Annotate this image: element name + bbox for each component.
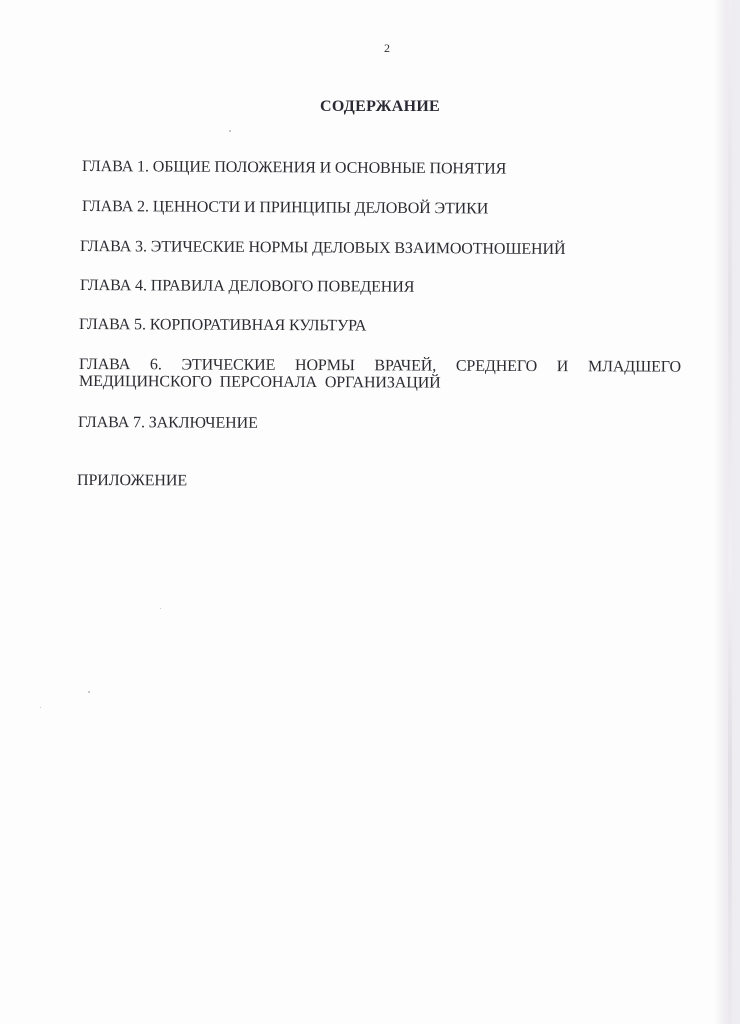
scan-speck	[40, 707, 41, 708]
toc-title: СОДЕРЖАНИЕ	[320, 98, 440, 116]
scan-speck	[88, 691, 90, 693]
toc-item-chapter-7: ГЛАВА 7. ЗАКЛЮЧЕНИЕ	[78, 414, 258, 433]
scan-speck	[160, 608, 161, 609]
scanned-page: 2 СОДЕРЖАНИЕ ГЛАВА 1. ОБЩИЕ ПОЛОЖЕНИЯ И …	[0, 0, 740, 1024]
scan-shadow-line	[728, 0, 732, 1024]
page-number: 2	[384, 41, 390, 56]
toc-item-chapter-5: ГЛАВА 5. КОРПОРАТИВНАЯ КУЛЬТУРА	[79, 316, 367, 336]
scan-shadow-edge	[714, 0, 740, 1024]
scan-speck	[229, 130, 231, 132]
toc-item-chapter-3: ГЛАВА 3. ЭТИЧЕСКИЕ НОРМЫ ДЕЛОВЫХ ВЗАИМОО…	[80, 238, 566, 259]
toc-item-appendix: ПРИЛОЖЕНИЕ	[77, 472, 187, 490]
toc-item-chapter-1: ГЛАВА 1. ОБЩИЕ ПОЛОЖЕНИЯ И ОСНОВНЫЕ ПОНЯ…	[82, 158, 506, 179]
toc-item-chapter-6: ГЛАВА 6. ЭТИЧЕСКИЕ НОРМЫ ВРАЧЕЙ, СРЕДНЕГ…	[79, 356, 681, 393]
toc-item-chapter-2: ГЛАВА 2. ЦЕННОСТИ И ПРИНЦИПЫ ДЕЛОВОЙ ЭТИ…	[82, 198, 488, 218]
toc-item-chapter-4: ГЛАВА 4. ПРАВИЛА ДЕЛОВОГО ПОВЕДЕНИЯ	[80, 277, 414, 297]
